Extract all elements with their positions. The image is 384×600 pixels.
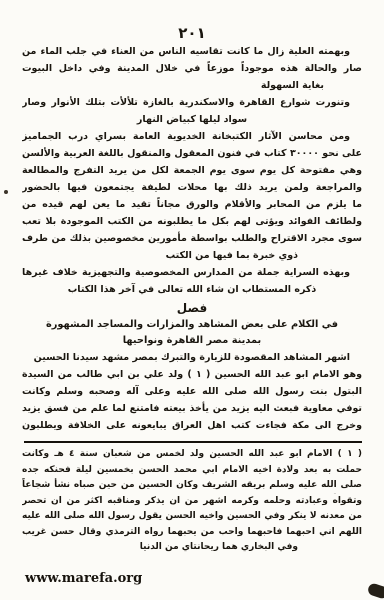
- text-line: على نحو ٣٠٠٠٠ كتاب في فنون المعقول والمن…: [22, 145, 362, 162]
- section-heading: فصل: [0, 300, 384, 317]
- section-subtitle-line: بمدينة مصر القاهرة ونواحيها: [0, 333, 384, 349]
- footnote-line: من معدنه لا ينكر وفي الحسين واخيه الحسن …: [22, 509, 362, 525]
- main-text-block: وبهمته العلية زال ما كانت تقاسيه الناس م…: [0, 43, 384, 298]
- text-line: بغاية السهولة: [22, 77, 362, 94]
- section-subtitle-line: في الكلام على بعض المشاهد والمزارات والم…: [0, 317, 384, 333]
- text-line: ما يلزم من المحابر والأقلام والورق مجانا…: [22, 196, 362, 213]
- text-line: والمراجعة ولمن يريد ذلك بها محلات لطيفة …: [22, 179, 362, 196]
- scan-artifact: [367, 582, 384, 600]
- text-line: ذوي خبرة بما فيها من الكتب: [22, 247, 362, 264]
- text-line: وخرج الى مكة فجاءت كتب اهل العراق يبايعو…: [22, 417, 362, 434]
- text-line: صار والحالة هذه موجوداً موزعاً في خلال ا…: [22, 60, 362, 77]
- footnote-line: ( ١ ) الامام ابو عبد الله الحسين ولد لخم…: [22, 447, 362, 463]
- page-number: ٢٠١: [0, 0, 384, 43]
- text-line: توفي معاوية فبعث اليه يزيد من يأخذ بيعته…: [22, 400, 362, 417]
- text-line: وهو الامام ابو عبد الله الحسين ( ١ ) ولد…: [22, 366, 362, 383]
- text-line: سواد ليلها كبياض النهار: [22, 111, 362, 128]
- watermark-url: www.marefa.org: [25, 571, 384, 586]
- footnote-line: صلى الله عليه وسلم بريقه الشريف وكان الح…: [22, 478, 362, 494]
- footnote-line: وفي البخاري هما ريحانتاي من الدنيا: [22, 540, 362, 556]
- scanned-book-page: ٢٠١ وبهمته العلية زال ما كانت تقاسيه الن…: [0, 0, 384, 600]
- text-line: ذكره المستطاب ان شاء الله تعالى في آخر ه…: [22, 281, 362, 298]
- footnote-line: اللهم اني احبهما فاحبهما واحب من يحبهما …: [22, 525, 362, 541]
- text-line: وبهذه السراية جملة من المدارس المخصوصية …: [22, 264, 362, 281]
- footnote-line: حملت به بعد ولادة اخيه الامام ابي محمد ا…: [22, 463, 362, 479]
- text-line: سوى مجرد الاقتراح والطلب بواسطة مأمورين …: [22, 230, 362, 247]
- footnote-block: ( ١ ) الامام ابو عبد الله الحسين ولد لخم…: [0, 447, 384, 556]
- text-line: وتنورت شوارع القاهرة والاسكندرية بالغازة…: [22, 94, 362, 111]
- footnote-line: وتقواه وعبادته وحلمه وكرمه اشهر من ان يذ…: [22, 494, 362, 510]
- text-line: البتول بنت رسول الله صلى الله عليه وعلى …: [22, 383, 362, 400]
- text-line: ومن محاسن الآثار الكتبخانة الخديوية العا…: [22, 128, 362, 145]
- text-line: ولطائف الفوائد ويؤتى لهم بكل ما يطلبونه …: [22, 213, 362, 230]
- text-line: وبهمته العلية زال ما كانت تقاسيه الناس م…: [22, 43, 362, 60]
- section-text-block: اشهر المشاهد المقصودة للزيارة والتبرك بم…: [0, 349, 384, 434]
- text-line: اشهر المشاهد المقصودة للزيارة والتبرك بم…: [22, 349, 362, 366]
- footnote-divider: [24, 441, 362, 443]
- text-line: وهي مفتوحة كل يوم سوى يوم الجمعة لكل من …: [22, 162, 362, 179]
- scan-artifact: [4, 190, 8, 194]
